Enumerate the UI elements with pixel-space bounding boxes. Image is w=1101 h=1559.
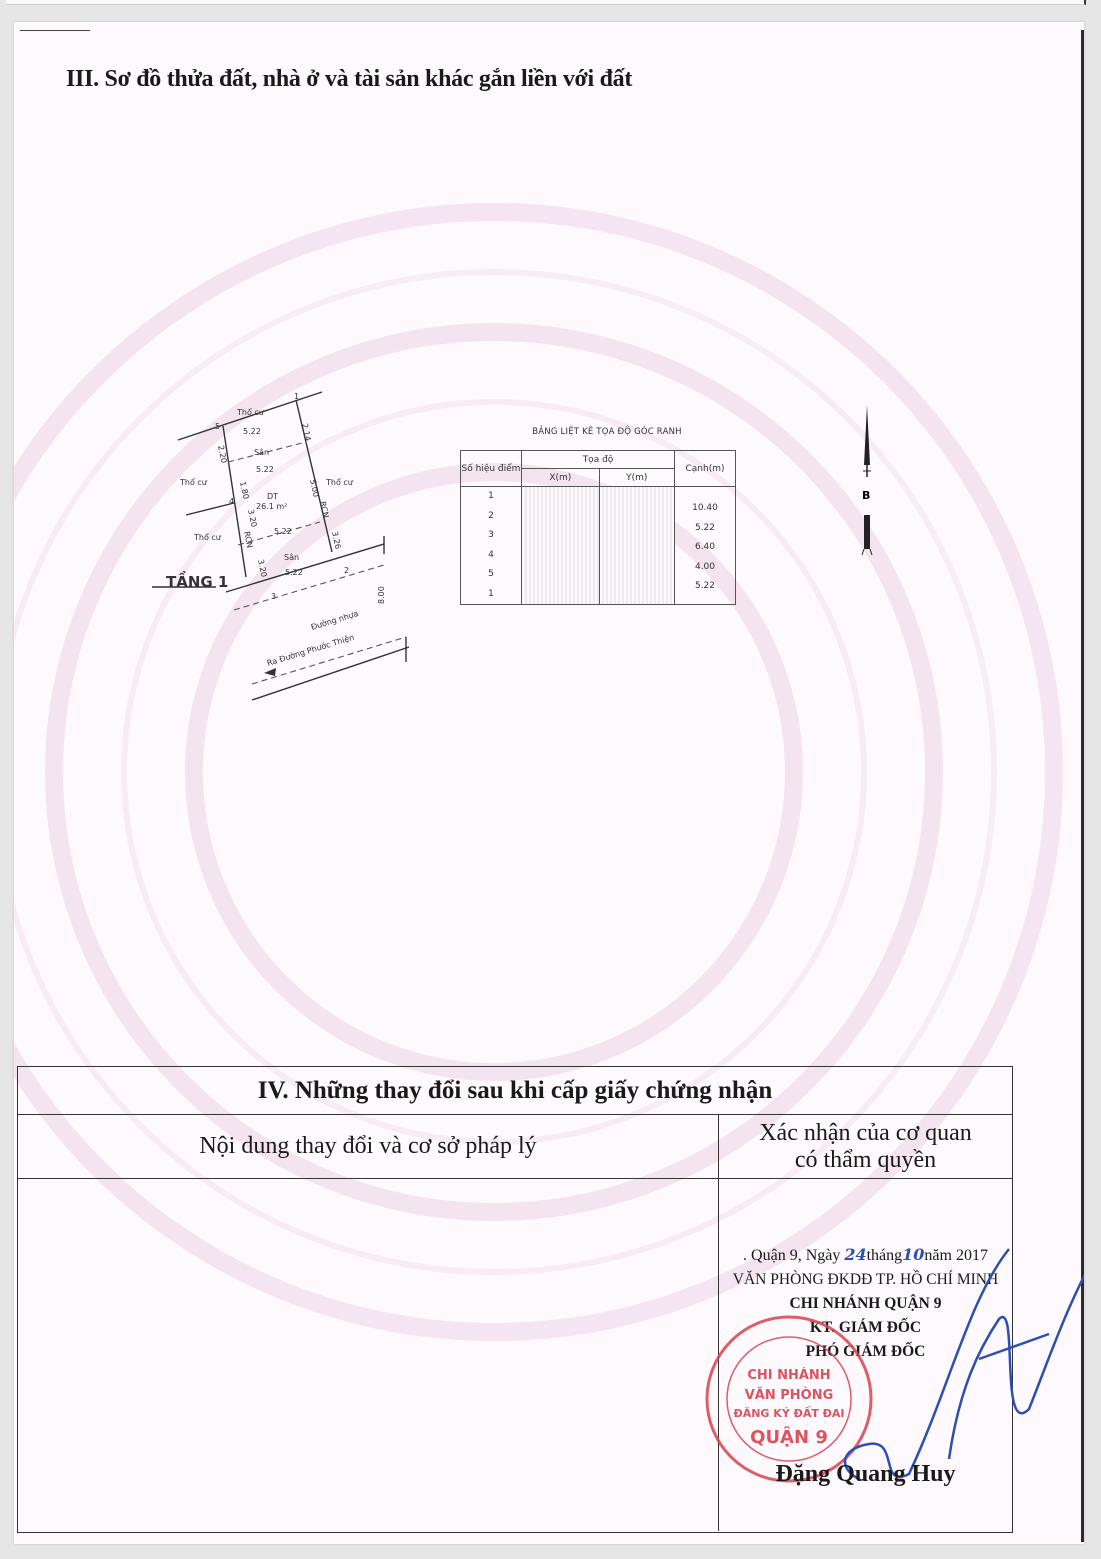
svg-text:Sân: Sân <box>284 553 299 562</box>
svg-text:4: 4 <box>229 497 234 506</box>
coordinate-table-title: BẢNG LIỆT KÊ TỌA ĐỘ GÓC RANH <box>472 427 742 437</box>
section-3-title: III. Sơ đồ thửa đất, nhà ở và tài sản kh… <box>66 66 632 93</box>
svg-text:3.20: 3.20 <box>256 559 269 578</box>
signature <box>799 1239 1084 1499</box>
svg-text:DT: DT <box>267 492 278 501</box>
north-arrow-icon: B <box>857 405 877 555</box>
svg-text:5.22: 5.22 <box>285 568 303 577</box>
authority-confirmation-header: Xác nhận của cơ quancó thẩm quyền <box>719 1115 1012 1178</box>
document-page: III. Sơ đồ thửa đất, nhà ở và tài sản kh… <box>14 22 1084 1544</box>
svg-text:Thổ cư: Thổ cư <box>193 532 222 542</box>
svg-text:Thổ cư: Thổ cư <box>179 477 208 487</box>
svg-text:5.00: 5.00 <box>308 479 321 498</box>
svg-text:5.22: 5.22 <box>256 465 274 474</box>
signer-name: Đặng Quang Huy <box>719 1461 1012 1488</box>
land-plot-diagram: Thổ cư Thổ cư Thổ cư Thổ cư Sân Sân DT 2… <box>144 382 414 712</box>
header-edge: Cạnh(m) <box>675 451 736 487</box>
svg-text:8.00: 8.00 <box>377 586 386 604</box>
changes-content-header: Nội dung thay đổi và cơ sở pháp lý <box>18 1115 719 1178</box>
svg-text:B: B <box>862 489 870 502</box>
x-column-redacted <box>522 487 600 605</box>
svg-text:2.14: 2.14 <box>300 423 313 442</box>
svg-text:1: 1 <box>294 392 299 401</box>
header-y: Y(m) <box>599 469 674 487</box>
svg-text:TẦNG 1: TẦNG 1 <box>166 570 228 591</box>
svg-text:5.22: 5.22 <box>243 427 261 436</box>
svg-text:Thổ cư: Thổ cư <box>325 477 354 487</box>
svg-text:5.22: 5.22 <box>274 527 292 536</box>
svg-text:RCN: RCN <box>318 501 330 519</box>
coordinate-table: Số hiệu điểm Tọa độ Cạnh(m) X(m) Y(m) 12… <box>460 450 736 605</box>
page-top-rule <box>20 30 90 31</box>
header-x: X(m) <box>522 469 600 487</box>
svg-text:26.1 m²: 26.1 m² <box>256 502 287 511</box>
y-column-redacted <box>599 487 674 605</box>
svg-text:Thổ cư: Thổ cư <box>236 407 265 417</box>
point-column: 123 451 <box>461 487 522 605</box>
svg-text:Ra Đường Phước Thiện: Ra Đường Phước Thiện <box>266 632 356 668</box>
svg-text:3.26: 3.26 <box>330 531 343 550</box>
section-4-table: IV. Những thay đổi sau khi cấp giấy chứn… <box>17 1066 1013 1533</box>
authority-confirmation-cell: . Quận 9, Ngày 24tháng10năm 2017 VĂN PHÒ… <box>719 1179 1012 1531</box>
edge-column: 10.405.226.40 4.005.22 <box>675 487 736 605</box>
svg-text:Sân: Sân <box>254 448 269 457</box>
svg-text:3: 3 <box>271 592 276 601</box>
header-coords: Tọa độ <box>522 451 675 469</box>
header-point: Số hiệu điểm <box>461 451 522 487</box>
svg-text:1.80: 1.80 <box>238 481 251 500</box>
svg-text:2: 2 <box>344 566 349 575</box>
svg-text:3.20: 3.20 <box>246 509 259 528</box>
svg-text:RCN: RCN <box>242 531 254 549</box>
previous-page-edge <box>6 0 1086 5</box>
changes-content-cell <box>18 1179 719 1531</box>
section-4-title: IV. Những thay đổi sau khi cấp giấy chứn… <box>18 1067 1012 1115</box>
svg-text:Đường nhựa: Đường nhựa <box>310 608 360 633</box>
svg-text:5: 5 <box>215 422 220 431</box>
